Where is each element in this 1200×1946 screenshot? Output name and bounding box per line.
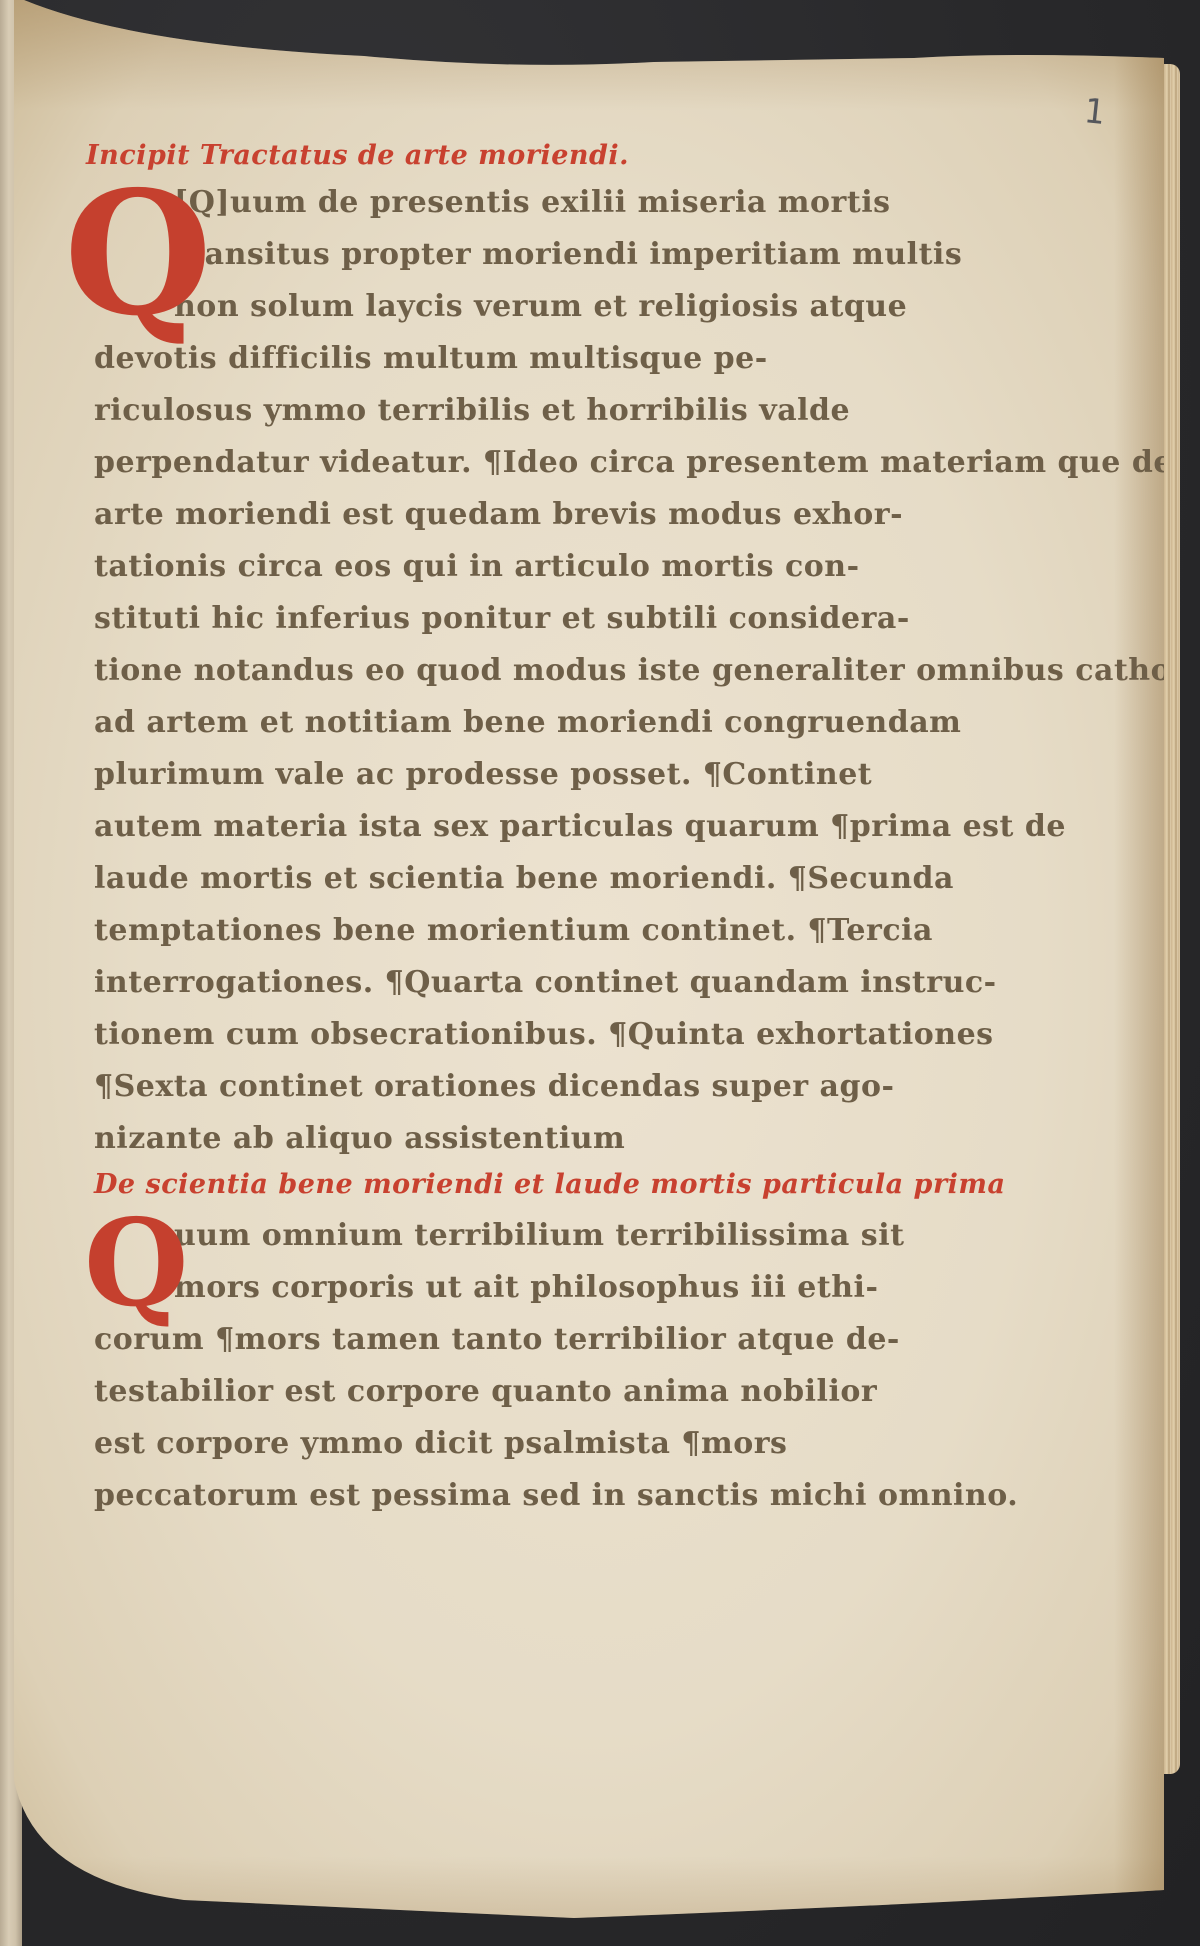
manuscript-line: temptationes bene morientium continet. ¶… [64,905,964,957]
manuscript-line: ad artem et notitiam bene moriendi congr… [64,697,964,749]
manuscript-line: perpendatur videatur. ¶Ideo circa presen… [64,437,964,489]
manuscript-line: tationis circa eos qui in articulo morti… [64,541,964,593]
manuscript-line: autem materia ista sex particulas quarum… [64,801,964,853]
manuscript-line: interrogationes. ¶Quarta continet quanda… [64,957,964,1009]
manuscript-line: tione notandus eo quod modus iste genera… [64,645,964,697]
manuscript-line: tionem cum obsecrationibus. ¶Quinta exho… [64,1009,964,1061]
manuscript-line: laude mortis et scientia bene moriendi. … [64,853,964,905]
manuscript-line: plurimum vale ac prodesse posset. ¶Conti… [64,749,964,801]
manuscript-line: peccatorum est pessima sed in sanctis mi… [64,1470,964,1522]
section-2-paragraph: Q uum omnium terribilium terribilissima … [64,1210,964,1522]
manuscript-line: arte moriendi est quedam brevis modus ex… [64,489,964,541]
decorated-initial-q: Q [64,169,212,339]
manuscript-line: ¶Sexta continet orationes dicendas super… [64,1061,964,1113]
manuscript-line: mors corporis ut ait philosophus iii eth… [64,1262,964,1314]
section-1-paragraph: Q [Q]uum de presentis exilii miseria mor… [64,177,964,1165]
manuscript-line: riculosus ymmo terribilis et horribilis … [64,385,964,437]
manuscript-line: nizante ab aliquo assistentium [64,1113,964,1165]
decorated-initial-q: Q [84,1204,189,1324]
text-column: Incipit Tractatus de arte moriendi. Q [Q… [64,140,964,1522]
incipit-heading: Incipit Tractatus de arte moriendi. [86,140,964,171]
manuscript-line: corum ¶mors tamen tanto terribilior atqu… [64,1314,964,1366]
folio-number: 1 [1082,91,1107,133]
manuscript-folio: 1 Incipit Tractatus de arte moriendi. Q … [14,0,1164,1946]
manuscript-line: uum omnium terribilium terribilissima si… [64,1210,964,1262]
manuscript-line: est corpore ymmo dicit psalmista ¶mors [64,1418,964,1470]
manuscript-line: stituti hic inferius ponitur et subtili … [64,593,964,645]
manuscript-line: testabilior est corpore quanto anima nob… [64,1366,964,1418]
chapter-rubric: De scientia bene moriendi et laude morti… [94,1169,964,1200]
